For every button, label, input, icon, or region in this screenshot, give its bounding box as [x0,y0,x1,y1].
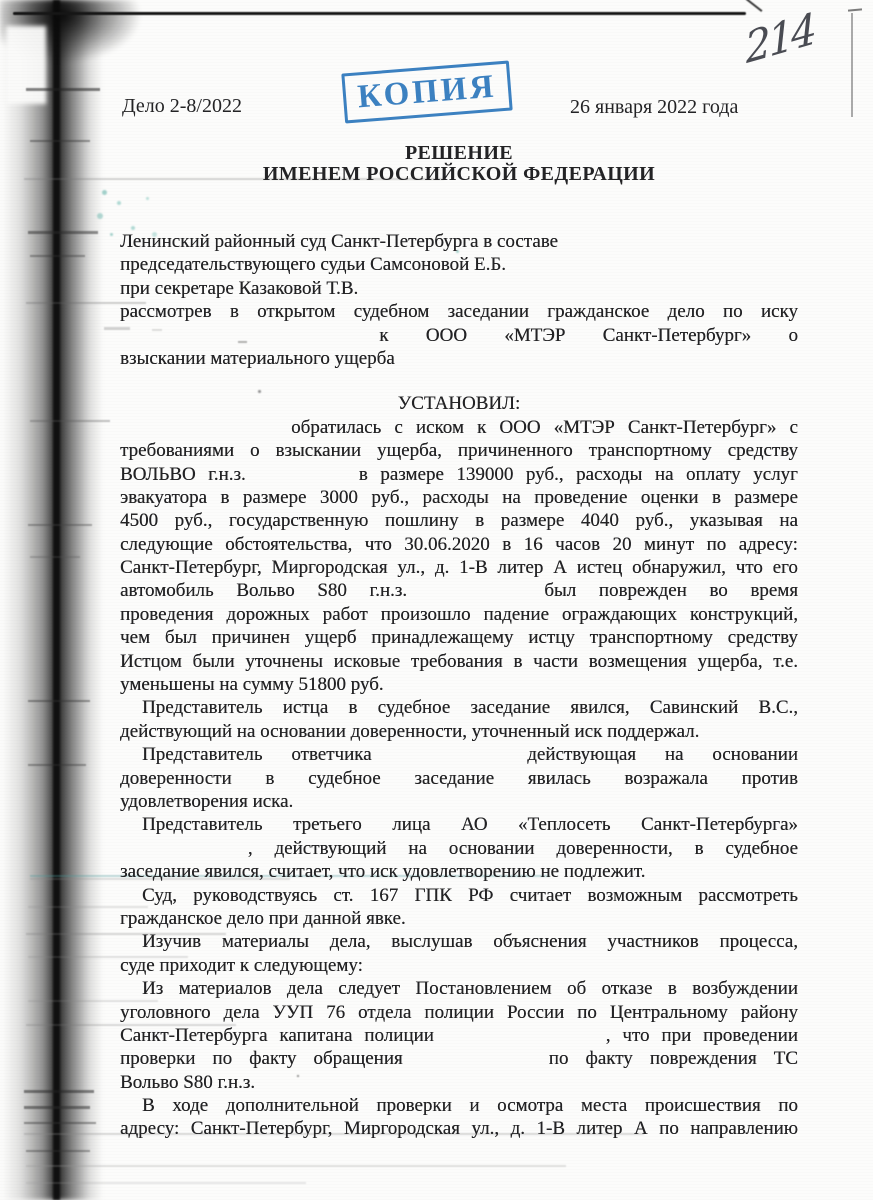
word: Савинский [650,696,738,719]
word: 167 [370,884,399,907]
text-line-29: Изучивматериалыдела,выслушавобъясненияуч… [120,930,798,953]
word: места [581,1094,627,1117]
word: в [695,837,704,860]
word: третьего [293,813,362,836]
word: В.С., [758,696,798,719]
word: заседание [414,767,494,790]
word: материалы [222,930,309,953]
word: государственную [229,509,368,532]
redaction-gap [120,340,342,341]
text-line-32: уголовногоделаУУП76отделаполицииРоссиипо… [120,1001,798,1024]
word: ВОЛЬВО [120,463,196,486]
scan-streak [26,1182,306,1184]
text-line-16: чембылпричиненущербпринадлежащемуистцутр… [120,626,798,649]
scan-streak [30,255,85,257]
word: руб., [175,509,213,532]
word: что [365,533,392,556]
word: явилась [528,767,591,790]
word: явился, [570,696,629,719]
word: обращения [313,1047,402,1070]
word: руб., [371,486,409,509]
word: А [553,556,567,579]
document-page: 214 Дело 2-8/2022 КОПИЯ 26 января 2022 г… [0,0,873,1200]
word: по [723,300,743,323]
word: открытом [257,300,335,323]
word: следующие [120,533,213,556]
word: рассмотрев [120,300,212,323]
word: проверки [376,1094,451,1117]
word: происшествия [645,1094,761,1117]
word: против [742,767,798,790]
word: материалов [179,977,272,1000]
word: отказе [602,977,653,1000]
scan-streak [28,231,98,234]
word: Санкт-Петербург» [628,416,777,439]
redaction-gap [446,1040,594,1041]
text-line-17: Истцомбылиуточненыисковыетребованиявчаст… [120,650,798,673]
word: его [773,556,798,579]
word: возбуждении [692,977,798,1000]
word: Санкт-Петербург, [120,556,262,579]
word: заседании [448,300,529,323]
word: отдела [358,1001,411,1024]
text-line-12: следующиеобстоятельства,что30.06.2020в16… [120,533,798,556]
word: повреждения [650,1047,757,1070]
word: часов [555,533,600,556]
word: Представитель [142,696,263,719]
word: требованиями [120,439,234,462]
word: Из [142,977,163,1000]
word: доверенности, [556,837,672,860]
word: Истцом [120,650,182,673]
word: расходы [422,486,488,509]
word: судебное [725,837,798,860]
word: средству [728,626,798,649]
word: ограждающих [562,603,677,626]
redaction-gap [120,432,278,433]
word: при [661,1024,691,1047]
word: время [750,579,798,602]
word: ООО [499,416,540,439]
word: капитана [279,1024,352,1047]
word: уточнены [245,650,323,673]
word: транспортному [589,439,712,462]
text-line-25: ,действующийнаоснованиидоверенности,всуд… [120,837,798,860]
word: дела [287,977,323,1000]
word: в [265,767,274,790]
scan-speck [146,197,149,200]
word: действующая [527,743,636,766]
word: Представитель [142,813,263,836]
word: по [659,1117,679,1140]
word: ущерб [305,626,357,649]
scan-speck [110,233,113,236]
word: был [544,579,576,602]
word: на [779,509,798,532]
word: во [709,579,727,602]
word: обратилась [291,416,381,439]
text-line-24: ПредставительтретьеголицаАО«ТеплосетьСан… [120,813,798,836]
word: возмещения [589,650,687,673]
title-line: РЕШЕНИЕ [120,143,798,164]
word: Санкт-Петербург, [191,1117,333,1140]
word: считает [510,884,571,907]
word: рассмотреть [698,884,798,907]
word: чем [120,626,150,649]
scan-streak [30,556,80,558]
word: факту [249,1047,296,1070]
word: услуг [753,463,798,486]
word: осмотра [497,1094,563,1117]
text-line-6: УСТАНОВИЛ: [120,392,798,415]
scan-streak [26,88,100,91]
word: факту [585,1047,632,1070]
text-line-14: автомобильВольвоS80г.н.з.былповрежденвов… [120,579,798,602]
copy-stamp-label: КОПИЯ [356,68,497,116]
word: судебное [378,696,451,719]
text-line-28: гражданское дело при данной явке. [120,907,798,930]
scan-streak [26,1165,566,1167]
word: 139000 [456,463,513,486]
word: иском [416,416,464,439]
word: 1-В [536,1117,565,1140]
word: району [741,1001,798,1024]
word: Санкт-Петербурга [120,1024,267,1047]
word: с [394,416,402,439]
word: в [359,463,368,486]
scan-streak [24,1122,96,1124]
word: , [248,837,253,860]
word: взыскании [275,439,361,462]
word: дорожных [226,603,309,626]
text-line-2: при секретаре Казаковой Т.В. [120,277,798,300]
word: части [533,650,578,673]
word: в [712,486,721,509]
word: транспортному [590,626,713,649]
word: возражала [624,767,707,790]
word: Изучив [142,930,201,953]
text-line-8: требованиямиовзысканииущерба,причиненног… [120,439,798,462]
text-line-0: Ленинский районный суд Санкт-Петербурга … [120,230,798,253]
word: обстоятельства, [225,533,352,556]
word: был [165,626,197,649]
word: о [788,324,798,347]
word: исковые [334,650,401,673]
word: с [789,416,797,439]
word: «МТЭР [504,324,565,347]
word: 3000 [320,486,358,509]
word: эвакуатора [120,486,207,509]
word: 30.06.2020 [404,533,490,556]
word: г.н.з. [369,579,407,602]
word: , [606,1024,611,1047]
scan-white-notch [6,26,46,104]
text-line-7: обратиласьсискомкООО«МТЭРСанкт-Петербург… [120,416,798,439]
word: судебном [354,300,430,323]
word: принадлежащему [371,626,513,649]
word: ул., [471,1117,499,1140]
word: падение [483,603,548,626]
word: были [192,650,234,673]
text-line-27: Суд,руководствуясьст.167ГПКРФсчитаетвозм… [120,884,798,907]
text-line-5: взыскании материального ущерба [120,347,798,370]
text-line-13: Санкт-Петербург,Миргородскаяул.,д.1-Влит… [120,556,798,579]
word: Центральному [610,1001,728,1024]
redaction-gap [400,759,498,760]
word: руководствуясь [193,884,317,907]
word: лица [392,813,430,836]
word: дополнительной [226,1094,359,1117]
text-line-1: председательствующего судьи Самсоновой Е… [120,253,798,276]
word: ущерба, [377,439,442,462]
word: России [507,1001,564,1024]
text-line-26: заседание явился, считает, что иск удовл… [120,860,798,883]
text-line-31: ИзматериаловделаследуетПостановлениемобо… [120,977,798,1000]
scan-streak [24,1090,94,1093]
word: требования [411,650,503,673]
text-line-4: кООО«МТЭРСанкт-Петербург»о [120,324,798,347]
scan-streak [28,700,90,702]
word: литер [497,556,543,579]
word: ответчика [291,743,371,766]
word: Санкт-Петербург» [603,324,752,347]
word: размере [380,463,444,486]
word: участников [607,930,698,953]
text-line-23: удовлетворения иска. [120,790,798,813]
word: произошло [381,603,471,626]
text-line-37: адресу:Санкт-Петербург,Миргородскаяул.,д… [120,1117,798,1140]
word: об [567,977,586,1000]
word: размере [501,509,565,532]
corner-tick-mark [848,8,862,11]
word: 4500 [120,509,158,532]
word: РФ [468,884,493,907]
word: АО [461,813,488,836]
text-line-35: Вольво S80 г.н.з. [120,1071,798,1094]
word: что [622,1024,649,1047]
word: по [212,1047,232,1070]
word: уголовного [120,1001,211,1024]
word: т.е. [773,650,798,673]
text-line-30: суде приходит к следующему: [120,954,798,977]
word: действующий [274,837,386,860]
word: Постановлением [415,977,551,1000]
scan-streak [30,420,110,422]
scan-streak [30,140,90,142]
scan-streak [26,1150,90,1152]
word: S80 [317,579,347,602]
word: проверки [120,1047,195,1070]
word: Представитель [142,743,263,766]
text-line-19: Представительистцавсудебноезаседаниеявил… [120,696,798,719]
word: заседание [470,696,550,719]
word: литер [576,1117,622,1140]
redaction-gap [430,595,522,596]
word: «МТЭР [554,416,615,439]
scan-streak [28,764,86,766]
word: по [577,1001,597,1024]
scan-binding-shadow-core [53,0,60,1200]
text-line-3: рассмотреввоткрытомсудебномзаседанииграж… [120,300,798,323]
word: истца [283,696,329,719]
word: В [142,1094,155,1117]
page-edge-line [851,13,853,117]
text-line-21: Представительответчикадействующаянаоснов… [120,743,798,766]
word: автомобиль [120,579,214,602]
word: в [502,533,511,556]
word: в [230,300,239,323]
text-line-10: эвакуаторавразмере3000руб.,расходынапров… [120,486,798,509]
pen-tick-mark [746,0,763,12]
word: Санкт-Петербурга» [641,813,798,836]
word: ул., [397,556,425,579]
word: минут [644,533,694,556]
word: средству [728,439,798,462]
case-number: Дело 2-8/2022 [122,95,242,118]
text-line-15: проведениядорожныхработпроизошлопадениео… [120,603,798,626]
word: пошлину [385,509,459,532]
word: на [655,463,674,486]
word: в [475,509,484,532]
word: по [707,533,727,556]
text-line-20: действующий на основании доверенности, у… [120,720,798,743]
word: процесса, [719,930,798,953]
word: г.н.з. [208,463,246,486]
word: причинен [212,626,290,649]
word: что [736,556,763,579]
text-line-18: уменьшены на сумму 51800 руб. [120,673,798,696]
text-line-11: 4500руб.,государственнуюпошлинувразмере4… [120,509,798,532]
word: проведения [120,603,213,626]
word: на [502,486,521,509]
word: А [634,1117,648,1140]
document-body: Ленинский районный суд Санкт-Петербурга … [120,230,798,1141]
word: размере [734,486,798,509]
word: причиненного [458,439,573,462]
word: «Теплосеть [518,813,611,836]
word: основании [712,743,798,766]
text-line-36: Входедополнительнойпроверкииосмотраместа… [120,1094,798,1117]
word: адресу: [739,533,798,556]
scan-streak [24,1106,90,1109]
word: дело [668,300,705,323]
handwritten-page-number: 214 [744,4,816,74]
word: выслушав [391,930,472,953]
word: в [513,650,522,673]
word: расходы [576,463,642,486]
text-line-22: доверенностивсудебноезаседаниеявиласьвоз… [120,767,798,790]
scan-streak [28,524,92,526]
redaction-gap [120,853,226,854]
word: истцу [528,626,575,649]
word: конструкций, [690,603,798,626]
word: полиции [364,1024,434,1047]
word: дела, [330,930,371,953]
word: 76 [326,1001,345,1024]
copy-stamp: КОПИЯ [341,60,512,123]
word: Суд, [142,884,177,907]
word: на [665,743,684,766]
word: ст. [333,884,353,907]
title-block: РЕШЕНИЕ ИМЕНЕМ РОССИЙСКОЙ ФЕДЕРАЦИИ [120,143,798,185]
word: УУП [272,1001,313,1024]
word: оценки [641,486,699,509]
word: адресу: [120,1117,179,1140]
scan-edge-line [13,12,746,15]
word: проведении [703,1024,798,1047]
word: ходе [172,1094,208,1117]
word: в [348,696,357,719]
word: к [379,324,388,347]
scan-speck [117,201,121,205]
word: ТС [774,1047,798,1070]
word: ущерба, [698,650,763,673]
word: поврежден [599,579,687,602]
word: 4040 [581,509,619,532]
word: руб., [635,509,673,532]
word: 1-В [459,556,488,579]
word: ООО [426,324,467,347]
word: объяснения [493,930,586,953]
word: оплату [686,463,741,486]
subtitle-line: ИМЕНЕМ РОССИЙСКОЙ ФЕДЕРАЦИИ [120,164,798,185]
word: Вольво [236,579,294,602]
word: истец [577,556,623,579]
word: проведение [534,486,627,509]
word: по [778,1094,798,1117]
decision-date: 26 января 2022 года [570,96,738,119]
word: руб., [526,463,564,486]
word: возможным [587,884,682,907]
word: и [469,1094,479,1117]
word: основании [449,837,535,860]
word: к [477,416,486,439]
word: указывая [690,509,763,532]
word: по [549,1047,569,1070]
text-line-34: проверкипофактуобращенияпофактуповрежден… [120,1047,798,1070]
word: Миргородская [344,1117,460,1140]
word: направлению [690,1117,798,1140]
scan-speck [97,213,103,219]
word: следует [338,977,400,1000]
word: 16 [524,533,543,556]
text-line-33: Санкт-Петербургакапитанаполиции,чтоприпр… [120,1024,798,1047]
word: обнаружил, [632,556,726,579]
word: размере [243,486,307,509]
redaction-gap [420,1063,532,1064]
word: судебное [308,767,381,790]
word: полиции [424,1001,494,1024]
word: о [250,439,260,462]
word: на [408,837,427,860]
word: работ [323,603,368,626]
text-line-9: ВОЛЬВОг.н.з.вразмере139000руб.,расходына… [120,463,798,486]
word: в [220,486,229,509]
word: гражданское [547,300,649,323]
word: в [668,977,677,1000]
word: д. [511,1117,525,1140]
redaction-gap [258,479,346,480]
word: Миргородская [271,556,387,579]
word: д. [435,556,449,579]
word: 20 [612,533,631,556]
scan-speck [102,190,107,195]
word: доверенности [120,767,232,790]
word: дела [223,1001,259,1024]
word: ГПК [414,884,451,907]
word: иску [761,300,798,323]
